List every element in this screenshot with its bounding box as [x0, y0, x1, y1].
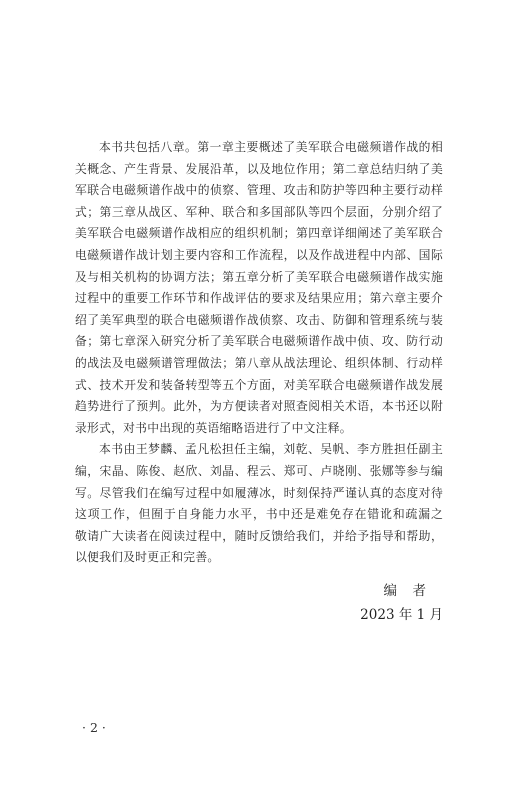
signature-date: 2023 年 1 月: [360, 606, 443, 624]
preface-line: 关概念、产生背景、发展沿革，以及地位作用；第二章总结归纳了美: [75, 159, 443, 181]
preface-line: 写。尽管我们在编写过程中如履薄冰，时刻保持严谨认真的态度对待: [75, 483, 443, 505]
book-page: 本书共包括八章。第一章主要概述了美军联合电磁频谱作战的相 关概念、产生背景、发展…: [0, 0, 510, 800]
editor-signature: 编 者: [384, 582, 428, 600]
preface-line: 录形式，对书中出现的英语缩略语进行了中文注释。: [75, 418, 443, 440]
preface-line: 这项工作，但囿于自身能力水平，书中还是难免存在错讹和疏漏之处，: [75, 504, 443, 526]
preface-line: 及与相关机构的协调方法；第五章分析了美军联合电磁频谱作战实施: [75, 267, 443, 289]
preface-line: 军联合电磁频谱作战中的侦察、管理、攻击和防护等四种主要行动样: [75, 180, 443, 202]
preface-line: 美军联合电磁频谱作战相应的组织机制；第四章详细阐述了美军联合: [75, 223, 443, 245]
preface-line: 过程中的重要工作环节和作战评估的要求及结果应用；第六章主要介: [75, 288, 443, 310]
preface-line: 本书由王梦麟、孟凡松担任主编，刘乾、吴帆、李方胜担任副主: [75, 439, 443, 461]
preface-line: 本书共包括八章。第一章主要概述了美军联合电磁频谱作战的相: [75, 137, 443, 159]
preface-line: 的战法及电磁频谱管理做法；第八章从战法理论、组织体制、行动样: [75, 353, 443, 375]
preface-line: 趋势进行了预判。此外，为方便读者对照查阅相关术语，本书还以附: [75, 396, 443, 418]
preface-body: 本书共包括八章。第一章主要概述了美军联合电磁频谱作战的相 关概念、产生背景、发展…: [75, 137, 443, 569]
page-number: · 2 ·: [82, 721, 106, 735]
preface-line: 式；第三章从战区、军种、联合和多国部队等四个层面，分别介绍了: [75, 202, 443, 224]
preface-line: 电磁频谱作战计划主要内容和工作流程，以及作战进程中内部、国际: [75, 245, 443, 267]
preface-line: 备；第七章深入研究分析了美军联合电磁频谱作战中侦、攻、防行动: [75, 331, 443, 353]
preface-line: 编，宋晶、陈俊、赵欣、刘晶、程云、郑可、卢晓刚、张娜等参与编: [75, 461, 443, 483]
preface-line: 以便我们及时更正和完善。: [75, 547, 443, 569]
preface-line: 敬请广大读者在阅读过程中，随时反馈给我们，并给予指导和帮助，: [75, 526, 443, 548]
preface-line: 式、技术开发和装备转型等五个方面，对美军联合电磁频谱作战发展: [75, 375, 443, 397]
preface-line: 绍了美军典型的联合电磁频谱作战侦察、攻击、防御和管理系统与装: [75, 310, 443, 332]
